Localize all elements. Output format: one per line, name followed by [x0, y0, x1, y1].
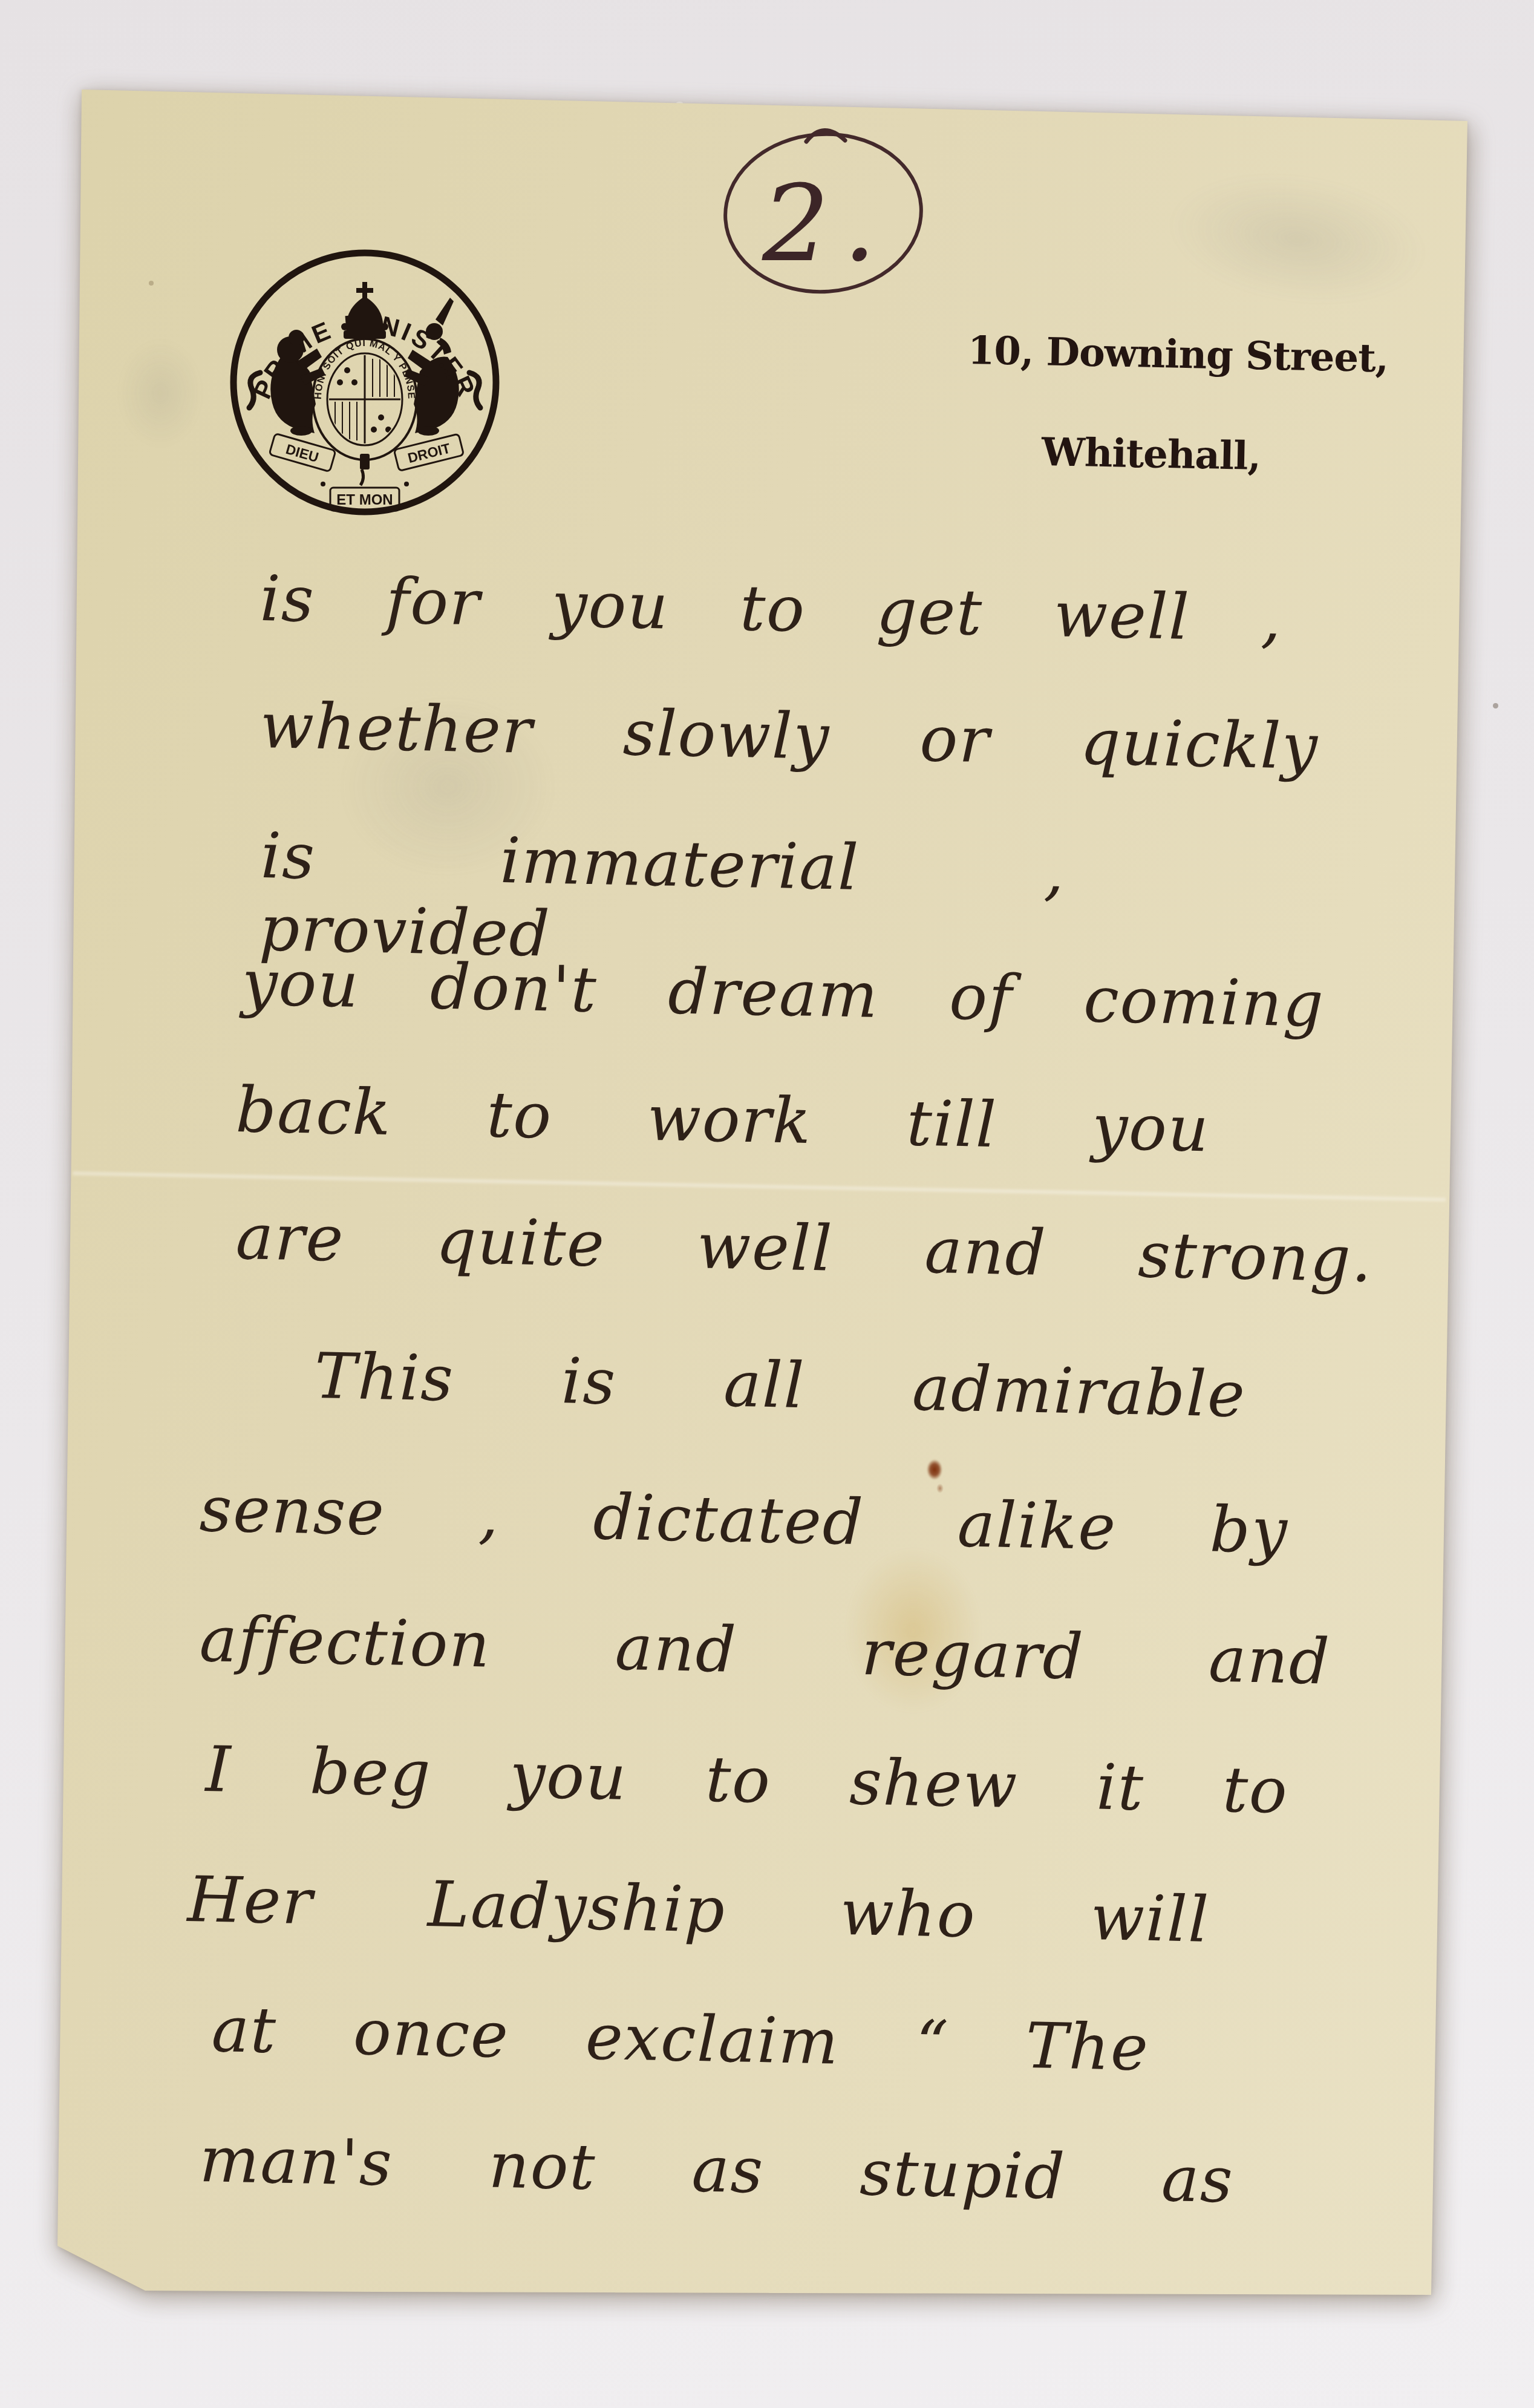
prime-minister-crest: PRIME MINISTER HONI SOIT QUI MAL Y PENSE [229, 247, 501, 518]
photo-of-handwritten-letter: 2. PRIME MINISTER HONI SOIT QUI MAL Y PE… [0, 0, 1534, 2408]
fold-crease [73, 1171, 1446, 1202]
page-number: 2. [762, 163, 890, 286]
ribbon-et-mon: ET MON [336, 492, 393, 508]
paper-speck [149, 281, 154, 286]
shield-quarters [329, 355, 400, 443]
red-ink-stain [927, 1459, 942, 1480]
bleedthrough-smudge [1160, 158, 1435, 320]
page-number-annotation: 2. [705, 115, 941, 309]
bleedthrough-smudge [118, 339, 203, 448]
address-line-1: 10, Downing Street, [967, 332, 1388, 378]
ribbon-droit: DROIT [406, 440, 452, 466]
address-line-2: Whitehall, [1041, 433, 1261, 476]
